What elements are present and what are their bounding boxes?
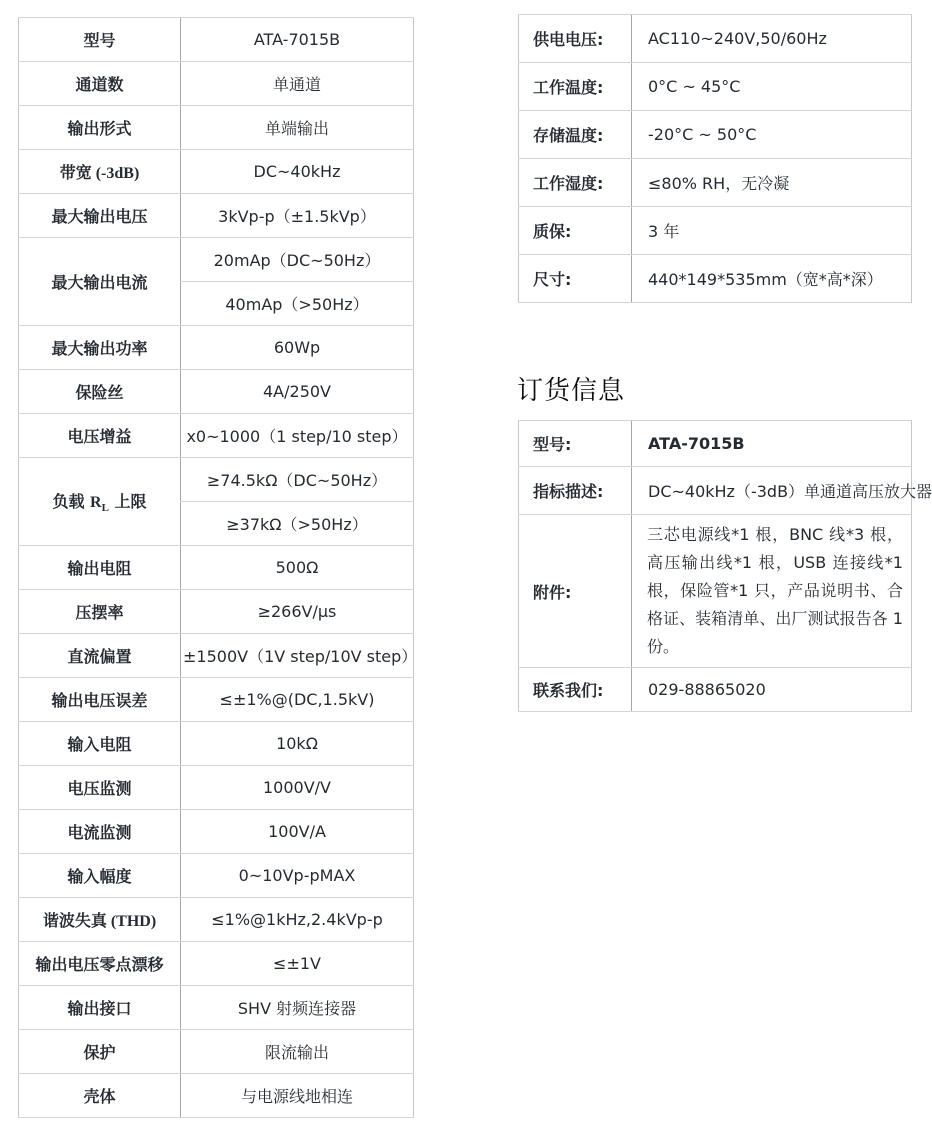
spec-label-text: 通道数 bbox=[75, 75, 123, 94]
spec-value-cell: 20mAp（DC~50Hz） bbox=[181, 238, 414, 282]
spec-row: 输出电压误差 ≤±1%@(DC,1.5kV) bbox=[19, 678, 414, 722]
spec-row: 输出电阻 500Ω bbox=[19, 546, 414, 590]
order-value-cell: ATA-7015B bbox=[632, 421, 912, 467]
order-value-text: 三芯电源线*1 根，BNC 线*3 根，高压输出线*1 根，USB 连接线*1 … bbox=[647, 525, 903, 656]
spec-label-cell: 电流监测 bbox=[19, 810, 181, 854]
env-table: 供电电压: AC110~240V,50/60Hz 工作温度: 0°C ~ 45°… bbox=[518, 14, 912, 303]
spec-value-cell: 单端输出 bbox=[181, 106, 414, 150]
spec-value-cell: DC~40kHz bbox=[181, 150, 414, 194]
spec-value-cell: 100V/A bbox=[181, 810, 414, 854]
spec-value-text: SHV 射频连接器 bbox=[238, 999, 356, 1018]
env-row: 尺寸: 440*149*535mm（宽*高*深） bbox=[519, 255, 912, 303]
spec-value-cell: ATA-7015B bbox=[181, 18, 414, 62]
env-label-text: 工作温度: bbox=[533, 78, 603, 97]
spec-value-text: ≤±1%@(DC,1.5kV) bbox=[220, 690, 375, 709]
spec-row: 负载 RL 上限 ≥74.5kΩ（DC~50Hz） bbox=[19, 458, 414, 502]
spec-label-text: 电压监测 bbox=[67, 779, 131, 798]
spec-row: 最大输出功率 60Wp bbox=[19, 326, 414, 370]
spec-label-text: 输出电阻 bbox=[67, 559, 131, 578]
spec-value-text: 3kVp-p（±1.5kVp） bbox=[218, 207, 376, 226]
env-label-cell: 存储温度: bbox=[519, 111, 632, 159]
order-value-text: 029-88865020 bbox=[648, 680, 766, 699]
spec-value-cell: ±1500V（1V step/10V step） bbox=[181, 634, 414, 678]
spec-value-cell: 与电源线地相连 bbox=[181, 1074, 414, 1118]
spec-label-cell: 最大输出电流 bbox=[19, 238, 181, 326]
spec-label-cell: 输出电阻 bbox=[19, 546, 181, 590]
env-value-text: -20°C ~ 50°C bbox=[648, 125, 756, 144]
order-table: 型号: ATA-7015B 指标描述: DC~40kHz（-3dB）单通道高压放… bbox=[518, 420, 912, 712]
spec-label-text: 输出接口 bbox=[67, 999, 131, 1018]
spec-value-text: 500Ω bbox=[276, 558, 319, 577]
spec-value-text: ≤±1V bbox=[273, 954, 321, 973]
env-label-cell: 质保: bbox=[519, 207, 632, 255]
spec-label-cell: 谐波失真 (THD) bbox=[19, 898, 181, 942]
env-value-text: ≤80% RH，无冷凝 bbox=[648, 174, 789, 193]
spec-value-text: 单端输出 bbox=[265, 119, 329, 138]
spec-value-cell: 限流输出 bbox=[181, 1030, 414, 1074]
spec-label-cell: 输出电压零点漂移 bbox=[19, 942, 181, 986]
env-value-cell: -20°C ~ 50°C bbox=[632, 111, 912, 159]
spec-value-cell: x0~1000（1 step/10 step） bbox=[181, 414, 414, 458]
spec-label-text: 最大输出电流 bbox=[51, 273, 147, 292]
spec-row: 型号 ATA-7015B bbox=[19, 18, 414, 62]
spec-value-text: 单通道 bbox=[273, 75, 321, 94]
env-value-text: 440*149*535mm（宽*高*深） bbox=[648, 270, 883, 289]
spec-label-cell: 最大输出电压 bbox=[19, 194, 181, 238]
spec-row: 最大输出电流 20mAp（DC~50Hz） bbox=[19, 238, 414, 282]
spec-label-text: 上限 bbox=[109, 492, 147, 511]
spec-value-cell: 3kVp-p（±1.5kVp） bbox=[181, 194, 414, 238]
spec-value-text: ≥266V/μs bbox=[258, 602, 337, 621]
spec-value-text: 60Wp bbox=[274, 338, 320, 357]
spec-label-cell: 输出形式 bbox=[19, 106, 181, 150]
spec-value-text: ±1500V（1V step/10V step） bbox=[183, 647, 417, 666]
spec-row: 带宽 (-3dB) DC~40kHz bbox=[19, 150, 414, 194]
spec-value-cell: ≤±1%@(DC,1.5kV) bbox=[181, 678, 414, 722]
order-label-cell: 联系我们: bbox=[519, 668, 632, 712]
env-value-cell: AC110~240V,50/60Hz bbox=[632, 15, 912, 63]
spec-label-cell: 通道数 bbox=[19, 62, 181, 106]
order-row: 联系我们: 029-88865020 bbox=[519, 668, 912, 712]
spec-label-cell: 最大输出功率 bbox=[19, 326, 181, 370]
subscript-text: L bbox=[102, 502, 109, 514]
order-value-text: DC~40kHz（-3dB）单通道高压放大器 bbox=[648, 482, 932, 501]
spec-label-cell: 直流偏置 bbox=[19, 634, 181, 678]
order-label-cell: 附件: bbox=[519, 515, 632, 668]
spec-label-latin-text: (-3dB) bbox=[92, 165, 140, 182]
spec-row: 壳体 与电源线地相连 bbox=[19, 1074, 414, 1118]
spec-label-text: 壳体 bbox=[83, 1087, 115, 1106]
env-label-text: 尺寸: bbox=[533, 270, 571, 289]
env-label-text: 工作湿度: bbox=[533, 174, 603, 193]
spec-value-cell: 4A/250V bbox=[181, 370, 414, 414]
spec-row: 直流偏置 ±1500V（1V step/10V step） bbox=[19, 634, 414, 678]
order-value-cell: 029-88865020 bbox=[632, 668, 912, 712]
env-label-cell: 供电电压: bbox=[519, 15, 632, 63]
spec-label-cell: 输入电阻 bbox=[19, 722, 181, 766]
order-label-cell: 型号: bbox=[519, 421, 632, 467]
spec-label-text: 保护 bbox=[83, 1043, 115, 1062]
spec-row: 输出电压零点漂移 ≤±1V bbox=[19, 942, 414, 986]
spec-value-text: 100V/A bbox=[268, 822, 326, 841]
spec-row: 输出接口 SHV 射频连接器 bbox=[19, 986, 414, 1030]
spec-row: 保护 限流输出 bbox=[19, 1030, 414, 1074]
spec-value-cell: ≤±1V bbox=[181, 942, 414, 986]
order-label-text: 指标描述: bbox=[533, 482, 603, 501]
spec-label-cell: 输入幅度 bbox=[19, 854, 181, 898]
spec-label-text: 直流偏置 bbox=[67, 647, 131, 666]
spec-value-text: 与电源线地相连 bbox=[241, 1087, 353, 1106]
spec-label-cell: 保护 bbox=[19, 1030, 181, 1074]
spec-label-text: 输出电压误差 bbox=[51, 691, 147, 710]
order-row: 指标描述: DC~40kHz（-3dB）单通道高压放大器 bbox=[519, 467, 912, 515]
spec-label-text: 输入电阻 bbox=[67, 735, 131, 754]
spec-row: 电压增益 x0~1000（1 step/10 step） bbox=[19, 414, 414, 458]
spec-value-text: ≤1%@1kHz,2.4kVp-p bbox=[211, 910, 383, 929]
order-label-text: 联系我们: bbox=[533, 681, 603, 700]
spec-row: 电流监测 100V/A bbox=[19, 810, 414, 854]
spec-value-cell: ≥266V/μs bbox=[181, 590, 414, 634]
spec-label-cell: 输出接口 bbox=[19, 986, 181, 1030]
env-value-text: 0°C ~ 45°C bbox=[648, 77, 740, 96]
spec-row: 谐波失真 (THD) ≤1%@1kHz,2.4kVp-p bbox=[19, 898, 414, 942]
spec-label-cell: 输出电压误差 bbox=[19, 678, 181, 722]
order-row: 型号: ATA-7015B bbox=[519, 421, 912, 467]
spec-label-cell: 电压增益 bbox=[19, 414, 181, 458]
spec-value-cell: 1000V/V bbox=[181, 766, 414, 810]
spec-value-cell: SHV 射频连接器 bbox=[181, 986, 414, 1030]
spec-label-text: 输入幅度 bbox=[67, 867, 131, 886]
order-value-cell: DC~40kHz（-3dB）单通道高压放大器 bbox=[632, 467, 912, 515]
spec-value-cell: 40mAp（>50Hz） bbox=[181, 282, 414, 326]
env-label-cell: 尺寸: bbox=[519, 255, 632, 303]
spec-row: 通道数 单通道 bbox=[19, 62, 414, 106]
spec-value-cell: ≥74.5kΩ（DC~50Hz） bbox=[181, 458, 414, 502]
env-row: 存储温度: -20°C ~ 50°C bbox=[519, 111, 912, 159]
spec-row: 保险丝 4A/250V bbox=[19, 370, 414, 414]
spec-value-text: 20mAp（DC~50Hz） bbox=[214, 251, 381, 270]
env-row: 工作湿度: ≤80% RH，无冷凝 bbox=[519, 159, 912, 207]
spec-value-cell: 0~10Vp-pMAX bbox=[181, 854, 414, 898]
env-value-cell: ≤80% RH，无冷凝 bbox=[632, 159, 912, 207]
spec-row: 输入幅度 0~10Vp-pMAX bbox=[19, 854, 414, 898]
spec-value-cell: 10kΩ bbox=[181, 722, 414, 766]
env-value-text: AC110~240V,50/60Hz bbox=[648, 29, 827, 48]
spec-value-text: ≥74.5kΩ（DC~50Hz） bbox=[207, 471, 387, 490]
order-label-text: 型号: bbox=[533, 435, 571, 454]
spec-label-text: 最大输出电压 bbox=[51, 207, 147, 226]
spec-value-text: 40mAp（>50Hz） bbox=[225, 295, 368, 314]
order-value-text: ATA-7015B bbox=[648, 434, 745, 453]
spec-value-text: 1000V/V bbox=[263, 778, 331, 797]
order-value-cell: 三芯电源线*1 根，BNC 线*3 根，高压输出线*1 根，USB 连接线*1 … bbox=[632, 515, 912, 668]
spec-value-text: ATA-7015B bbox=[254, 30, 340, 49]
env-value-cell: 0°C ~ 45°C bbox=[632, 63, 912, 111]
spec-value-cell: ≥37kΩ（>50Hz） bbox=[181, 502, 414, 546]
spec-label-cell: 型号 bbox=[19, 18, 181, 62]
env-row: 工作温度: 0°C ~ 45°C bbox=[519, 63, 912, 111]
spec-value-cell: 500Ω bbox=[181, 546, 414, 590]
spec-label-text: 最大输出功率 bbox=[51, 339, 147, 358]
spec-row: 电压监测 1000V/V bbox=[19, 766, 414, 810]
section-title-order-info: 订货信息 bbox=[517, 370, 625, 407]
env-value-cell: 440*149*535mm（宽*高*深） bbox=[632, 255, 912, 303]
spec-row: 最大输出电压 3kVp-p（±1.5kVp） bbox=[19, 194, 414, 238]
spec-value-cell: ≤1%@1kHz,2.4kVp-p bbox=[181, 898, 414, 942]
order-label-text: 附件: bbox=[533, 583, 571, 602]
spec-label-text: 型号 bbox=[83, 31, 115, 50]
order-row: 附件: 三芯电源线*1 根，BNC 线*3 根，高压输出线*1 根，USB 连接… bbox=[519, 515, 912, 668]
spec-value-text: 限流输出 bbox=[265, 1043, 329, 1062]
spec-label-text: 保险丝 bbox=[75, 383, 123, 402]
spec-row: 输出形式 单端输出 bbox=[19, 106, 414, 150]
spec-label-latin-text: R bbox=[90, 494, 102, 511]
env-value-cell: 3 年 bbox=[632, 207, 912, 255]
spec-label-text: 输出形式 bbox=[67, 119, 131, 138]
spec-value-text: 4A/250V bbox=[263, 382, 331, 401]
spec-label-cell: 带宽 (-3dB) bbox=[19, 150, 181, 194]
spec-label-text: 电压增益 bbox=[67, 427, 131, 446]
spec-label-latin-text: (THD) bbox=[107, 913, 156, 930]
spec-label-text: 压摆率 bbox=[75, 603, 123, 622]
spec-value-text: DC~40kHz bbox=[254, 162, 341, 181]
spec-table: 型号 ATA-7015B 通道数 单通道 输出形式 单端输出 带宽 (-3dB)… bbox=[18, 17, 414, 1118]
spec-label-cell: 压摆率 bbox=[19, 590, 181, 634]
spec-value-cell: 60Wp bbox=[181, 326, 414, 370]
env-label-cell: 工作温度: bbox=[519, 63, 632, 111]
spec-label-cell: 保险丝 bbox=[19, 370, 181, 414]
spec-label-text: 谐波失真 bbox=[43, 911, 107, 930]
env-label-text: 存储温度: bbox=[533, 126, 603, 145]
spec-label-cell: 负载 RL 上限 bbox=[19, 458, 181, 546]
spec-value-text: ≥37kΩ（>50Hz） bbox=[226, 515, 367, 534]
env-label-text: 供电电压: bbox=[533, 30, 603, 49]
spec-label-cell: 壳体 bbox=[19, 1074, 181, 1118]
spec-value-cell: 单通道 bbox=[181, 62, 414, 106]
spec-label-text: 负载 bbox=[52, 492, 90, 511]
spec-label-cell: 电压监测 bbox=[19, 766, 181, 810]
env-row: 供电电压: AC110~240V,50/60Hz bbox=[519, 15, 912, 63]
env-label-text: 质保: bbox=[533, 222, 571, 241]
env-value-text: 3 年 bbox=[648, 222, 679, 241]
spec-label-text: 输出电压零点漂移 bbox=[35, 955, 163, 974]
spec-label-text: 带宽 bbox=[60, 163, 92, 182]
spec-value-text: 10kΩ bbox=[276, 734, 318, 753]
spec-value-text: 0~10Vp-pMAX bbox=[239, 866, 356, 885]
spec-row: 压摆率 ≥266V/μs bbox=[19, 590, 414, 634]
spec-value-text: x0~1000（1 step/10 step） bbox=[186, 427, 407, 446]
spec-row: 输入电阻 10kΩ bbox=[19, 722, 414, 766]
env-label-cell: 工作湿度: bbox=[519, 159, 632, 207]
spec-label-text: 电流监测 bbox=[67, 823, 131, 842]
order-label-cell: 指标描述: bbox=[519, 467, 632, 515]
env-row: 质保: 3 年 bbox=[519, 207, 912, 255]
